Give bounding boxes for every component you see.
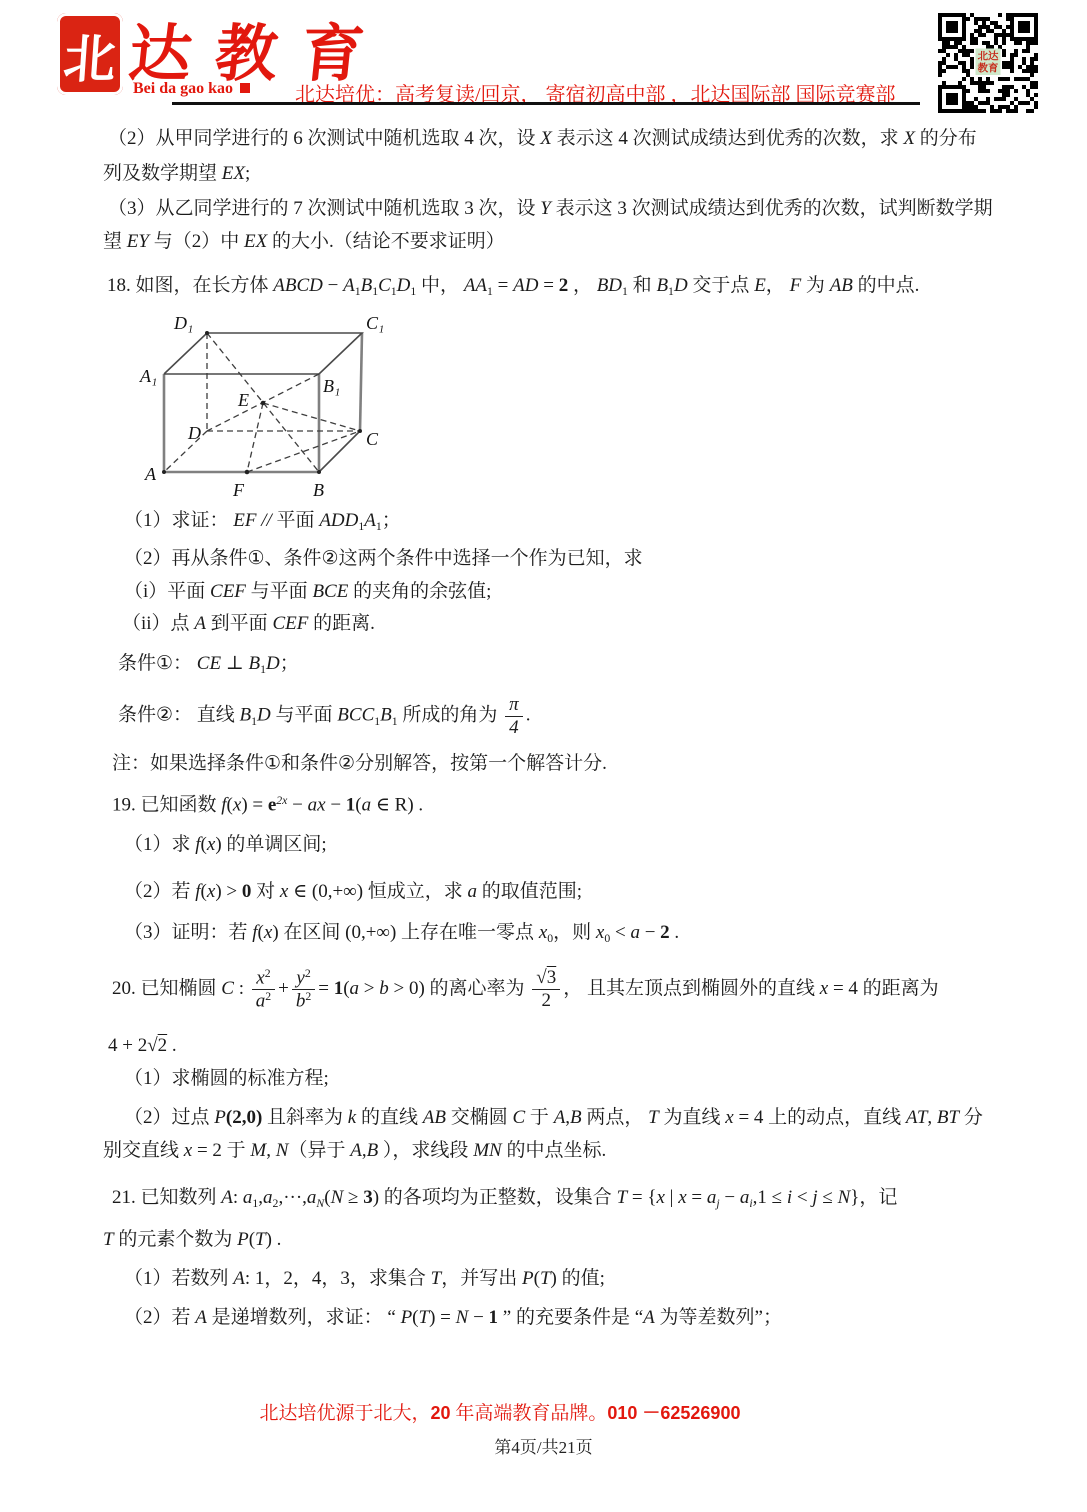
line-q21-1: （1）若数列 A: 1，2，4，3，求集合 T，并写出 P(T) 的值; — [124, 1265, 605, 1292]
brand-subtitle: Bei da gao kao — [133, 80, 250, 98]
page-number: 第4页/共21页 — [0, 1433, 1087, 1458]
line-q19: 19. 已知函数 f(x) = e2x − ax − 1(a ∈ R) . — [112, 787, 423, 818]
line-q18-2: （2）再从条件①、条件②这两个条件中选择一个作为已知，求 — [124, 545, 643, 572]
line-q20-cont: 4 + 22 . — [108, 1032, 177, 1059]
line-q17-3a: （3）从乙同学进行的 7 次测试中随机选取 3 次，设 Y 表示这 3 次测试成… — [108, 195, 993, 222]
qr-label-line2: 教育 — [977, 61, 999, 74]
brand-subtitle-text: Bei da gao kao — [133, 80, 233, 97]
line-q18-1: （1）求证： EF // 平面 ADD1A1； — [124, 507, 401, 540]
line-condition-1: 条件①： CE ⊥ B1D； — [118, 650, 299, 683]
label-D1: D₁ — [173, 313, 193, 333]
label-C1: C₁ — [366, 313, 384, 333]
label-B1: B₁ — [323, 376, 340, 396]
line-q20-2a: （2）过点 P(2,0) 且斜率为 k 的直线 AB 交椭圆 C 于 A,B 两… — [124, 1104, 983, 1131]
line-q20: 20. 已知椭圆 C : x2a2+y2b2= 1(a > b > 0) 的离心… — [112, 967, 939, 1013]
line-q19-1: （1）求 f(x) 的单调区间; — [124, 831, 327, 858]
label-A: A — [144, 464, 157, 484]
line-note: 注：如果选择条件①和条件②分别解答，按第一个解答计分. — [112, 750, 607, 777]
red-square-bullet — [240, 83, 250, 93]
label-A1: A₁ — [139, 366, 157, 386]
line-q21-cont: T 的元素个数为 P(T) . — [103, 1226, 281, 1253]
header-divider — [172, 102, 920, 105]
line-q21: 21. 已知数列 A: a1,a2,···,aN(N ≥ 3) 的各项均为正整数… — [112, 1184, 897, 1217]
label-D: D — [187, 423, 201, 443]
line-condition-2: 条件②： 直线 B1D 与平面 BCC1B1 所成的角为 π4. — [118, 694, 530, 739]
brand-seal: 北 — [57, 13, 123, 95]
line-q18-ii: （ii）点 A 到平面 CEF 的距离. — [122, 610, 375, 637]
line-q17-2b: 列及数学期望 EX; — [103, 160, 250, 187]
cuboid-figure: D₁ C₁ A₁ B₁ E D C A F B — [130, 295, 415, 513]
seal-character: 北 — [61, 17, 118, 92]
line-q17-3b: 望 EY 与（2）中 EX 的大小.（结论不要求证明） — [103, 228, 505, 255]
line-q19-2: （2）若 f(x) > 0 对 x ∈ (0,+∞) 恒成立，求 a 的取值范围… — [124, 878, 582, 905]
line-q19-3: （3）证明：若 f(x) 在区间 (0,+∞) 上存在唯一零点 x0，则 x0 … — [124, 919, 679, 952]
line-q21-2: （2）若 A 是递增数列，求证： “ P(T) = N − 1 ” 的充要条件是… — [124, 1304, 782, 1331]
line-q20-1: （1）求椭圆的标准方程; — [124, 1065, 329, 1092]
exam-page: 北 达教育 Bei da gao kao 北达培优：高考复读/回京， 寄宿初高中… — [0, 0, 1087, 1512]
label-C: C — [366, 429, 379, 449]
label-E: E — [237, 390, 249, 410]
label-F: F — [232, 480, 245, 500]
line-q17-2a: （2）从甲同学进行的 6 次测试中随机选取 4 次，设 X 表示这 4 次测试成… — [108, 125, 977, 152]
line-q20-2b: 别交直线 x = 2 于 M, N（异于 A,B ），求线段 MN 的中点坐标. — [103, 1137, 606, 1164]
qr-label-line1: 北达 — [978, 49, 999, 62]
line-q18-i: （i）平面 CEF 与平面 BCE 的夹角的余弦值; — [124, 578, 491, 605]
qr-code: 北达 教育 — [936, 13, 1040, 113]
footer-promo: 北达培优源于北大，20 年高端教育品牌。010 －62526900 — [100, 1398, 900, 1425]
figure-point-dots — [162, 331, 362, 474]
label-B: B — [313, 480, 324, 500]
